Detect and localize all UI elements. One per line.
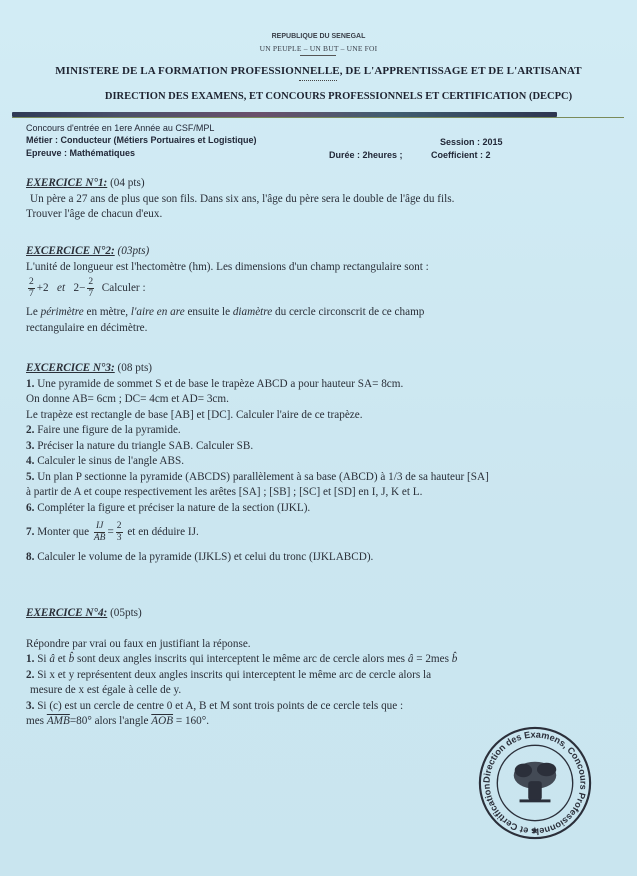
exercise-item: 6. Compléter la figure et préciser la na… (26, 501, 616, 517)
direction-title: DIRECTION DES EXAMENS, ET CONCOURS PROFE… (20, 91, 637, 102)
exercise-points: (05pts) (110, 607, 142, 619)
exercise-text: Répondre par vrai ou faux en justifiant … (26, 637, 616, 653)
exercise-item: 2. Faire une figure de la pyramide. (26, 423, 616, 439)
official-stamp: Direction des Examens, Concours Professi… (477, 725, 593, 841)
question-3: 3. Si (c) est un cercle de centre 0 et A… (26, 699, 616, 715)
exercise-2-heading: EXCERCICE N°2: (03pts) (26, 244, 616, 260)
baobab-tree-icon (514, 762, 557, 803)
exercise-text: rectangulaire en décimètre. (26, 321, 616, 337)
coefficient-label: Coefficient : 2 (431, 150, 491, 160)
exercise-3: EXCERCICE N°3: (08 pts) 1. Une pyramide … (26, 361, 616, 566)
exercise-item: 5. Un plan P sectionne la pyramide (ABCD… (26, 470, 616, 486)
star-icon: ★ (531, 825, 540, 836)
exam-page: REPUBLIQUE DU SENEGAL UN PEUPLE – UN BUT… (0, 0, 637, 876)
exercise-1: EXERCICE N°1: (04 pts) Un père a 27 ans … (26, 176, 616, 223)
fraction: 27 (28, 277, 35, 300)
exercise-points: (04 pts) (110, 177, 145, 189)
separator-dotted (299, 80, 337, 81)
exercise-text: L'unité de longueur est l'hectomètre (hm… (26, 260, 616, 276)
fraction: IJAB (94, 521, 106, 544)
exercise-text: mesure de x est égale à celle de y. (26, 683, 616, 699)
republic-label: REPUBLIQUE DU SENEGAL (0, 33, 637, 40)
exercise-item: 3. Préciser la nature du triangle SAB. C… (26, 439, 616, 455)
exercise-2: EXCERCICE N°2: (03pts) L'unité de longue… (26, 244, 616, 336)
exercise-item: à partir de A et coupe respectivement le… (26, 485, 616, 501)
ministry-title: MINISTERE DE LA FORMATION PROFESSIONNELL… (0, 65, 637, 77)
exercise-1-heading: EXERCICE N°1: (04 pts) (26, 176, 616, 192)
dimensions-line: 27+2 et 2−27 Calculer : (26, 275, 616, 301)
exercise-4: EXERCICE N°4: (05pts) Répondre par vrai … (26, 606, 616, 730)
exercise-3-items: 1. Une pyramide de sommet S et de base l… (26, 377, 616, 517)
exercise-question: Le périmètre en mètre, l'aire en are ens… (26, 305, 616, 321)
exercise-item: On donne AB= 6cm ; DC= 4cm et AD= 3cm. (26, 392, 616, 408)
exercise-text: Trouver l'âge de chacun d'eux. (26, 207, 616, 223)
concours-label: Concours d'entrée en 1ere Année au CSF/M… (26, 123, 214, 133)
duree-label: Durée : 2heures ; (329, 150, 403, 160)
exercise-points: (08 pts) (118, 362, 153, 374)
separator (300, 55, 336, 56)
metier-label: Métier : Conducteur (Métiers Portuaires … (26, 135, 257, 145)
exercise-points: (03pts) (118, 245, 150, 257)
exercise-4-heading: EXERCICE N°4: (05pts) (26, 606, 616, 622)
exercise-title: EXERCICE N°4: (26, 607, 107, 619)
question-8: 8. Calculer le volume de la pyramide (IJ… (26, 550, 616, 566)
exercise-item: 1. Une pyramide de sommet S et de base l… (26, 377, 616, 393)
exercise-title: EXCERCICE N°3: (26, 362, 115, 374)
header-divider-line (12, 117, 624, 118)
exercise-3-heading: EXCERCICE N°3: (08 pts) (26, 361, 616, 377)
exercise-item: 4. Calculer le sinus de l'angle ABS. (26, 454, 616, 470)
exercise-text: Un père a 27 ans de plus que son fils. D… (26, 192, 616, 208)
epreuve-label: Epreuve : Mathématiques (26, 148, 135, 158)
national-motto: UN PEUPLE – UN BUT – UNE FOI (0, 44, 637, 53)
question-1: 1. Si â et b̂ sont deux angles inscrits … (26, 652, 616, 668)
question-7: 7. Monter que IJAB=23 et en déduire IJ. (26, 518, 616, 546)
session-label: Session : 2015 (440, 137, 503, 147)
fraction: 27 (87, 277, 94, 300)
exercise-item: Le trapèze est rectangle de base [AB] et… (26, 408, 616, 424)
exercise-title: EXERCICE N°1: (26, 177, 107, 189)
question-2: 2. Si x et y représentent deux angles in… (26, 668, 616, 684)
exercise-title: EXCERCICE N°2: (26, 245, 115, 257)
fraction: 23 (116, 521, 123, 544)
